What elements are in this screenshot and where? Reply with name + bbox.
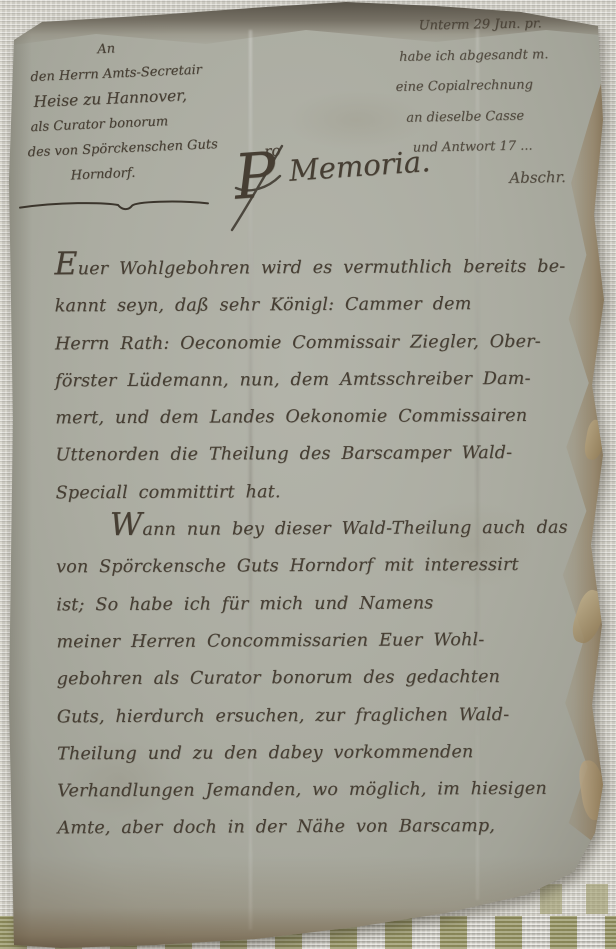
annotation-line: Abschr. [509,161,616,193]
body-line: förster Lüdemann, nun, dem Amtsschreiber… [55,361,575,401]
body-text: Euer Wohlgebohren wird es vermuthlich be… [54,249,577,848]
body-line: kannt seyn, daß sehr Königl: Cammer dem [55,286,575,326]
body-line: meiner Herren Concommissarien Euer Wohl- [56,622,576,662]
body-line: Herrn Rath: Oeconomie Commissair Ziegler… [55,323,575,363]
body-line: ist; So habe ich für mich und Namens [56,584,576,624]
title-text: Memoria. [288,144,431,188]
paper-bottom-darkened-edge [6,856,610,949]
annotation-line: habe ich abgesandt m. [399,39,616,73]
body-line: von Spörckensche Guts Horndorf mit inter… [56,547,576,587]
body-line: Guts, hierdurch ersuchen, zur fraglichen… [57,696,577,736]
body-line: Uttenorden die Theilung des Barscamper W… [55,435,575,475]
body-line: Euer Wohlgebohren wird es vermuthlich be… [54,249,574,289]
annotation-line: eine Copialrechnung [395,69,616,103]
annotation-line: Unterm 29 Jun. pr. [418,8,616,42]
title-superscript: ro [264,141,281,160]
body-line: mert, und dem Landes Oekonomie Commissai… [55,398,575,438]
body-line: Theilung und zu den dabey vorkommenden [57,733,577,773]
body-line: Amte, aber doch in der Nähe von Barscamp… [57,808,577,848]
photo-background: An den Herrn Amts-Secretair Heise zu Han… [0,0,616,949]
body-line: gebohren als Curator bonorum des gedacht… [57,659,577,699]
address-note: An den Herrn Amts-Secretair Heise zu Han… [23,32,229,191]
body-line: Verhandlungen Jemanden, wo möglich, im h… [57,771,577,811]
body-line: Wann nun bey dieser Wald-Theilung auch d… [56,510,576,550]
separator-swash [18,195,213,216]
